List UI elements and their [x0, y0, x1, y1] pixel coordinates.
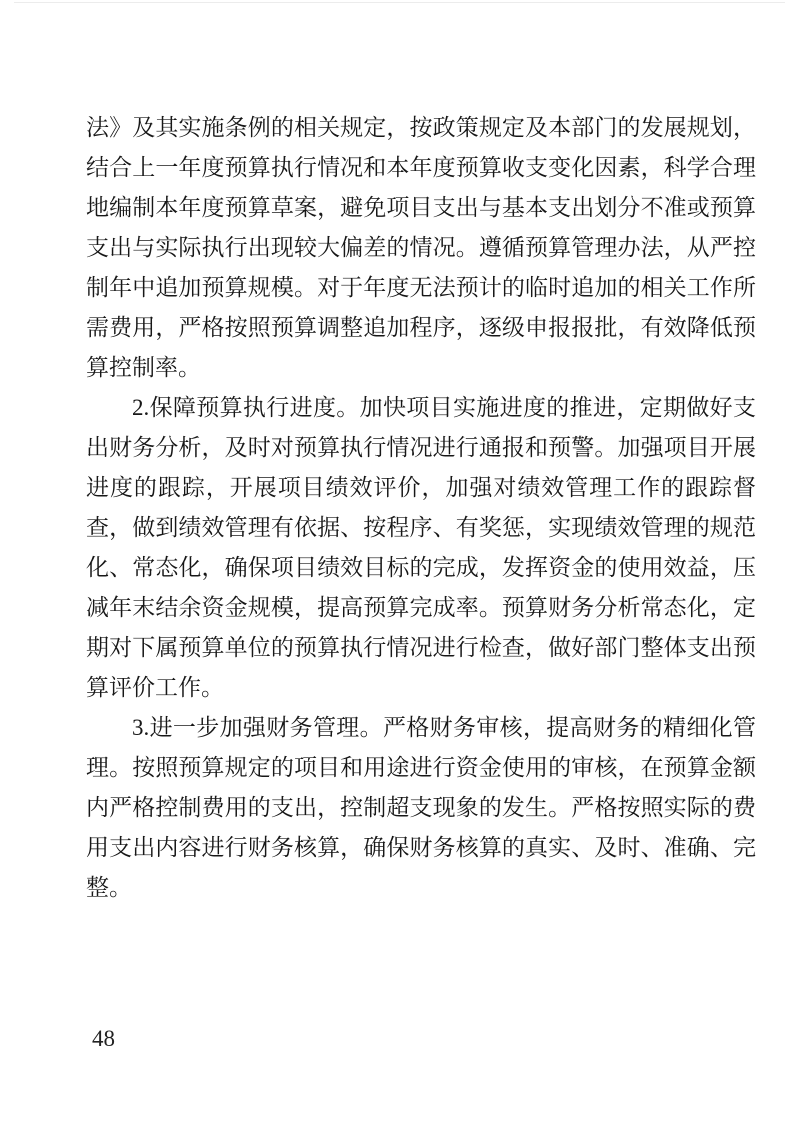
paragraph-item-2: 2.保障预算执行进度。加快项目实施进度的推进，定期做好支出财务分析，及时对预算执… [86, 388, 756, 708]
paragraph-continuation: 法》及其实施条例的相关规定，按政策规定及本部门的发展规划，结合上一年度预算执行情… [86, 108, 756, 388]
document-page: 法》及其实施条例的相关规定，按政策规定及本部门的发展规划，结合上一年度预算执行情… [0, 0, 793, 1122]
document-body: 法》及其实施条例的相关规定，按政策规定及本部门的发展规划，结合上一年度预算执行情… [86, 108, 756, 908]
scan-artifact-line [14, 2, 785, 3]
paragraph-item-3: 3.进一步加强财务管理。严格财务审核，提高财务的精细化管理。按照预算规定的项目和… [86, 708, 756, 908]
page-number: 48 [92, 1025, 115, 1053]
